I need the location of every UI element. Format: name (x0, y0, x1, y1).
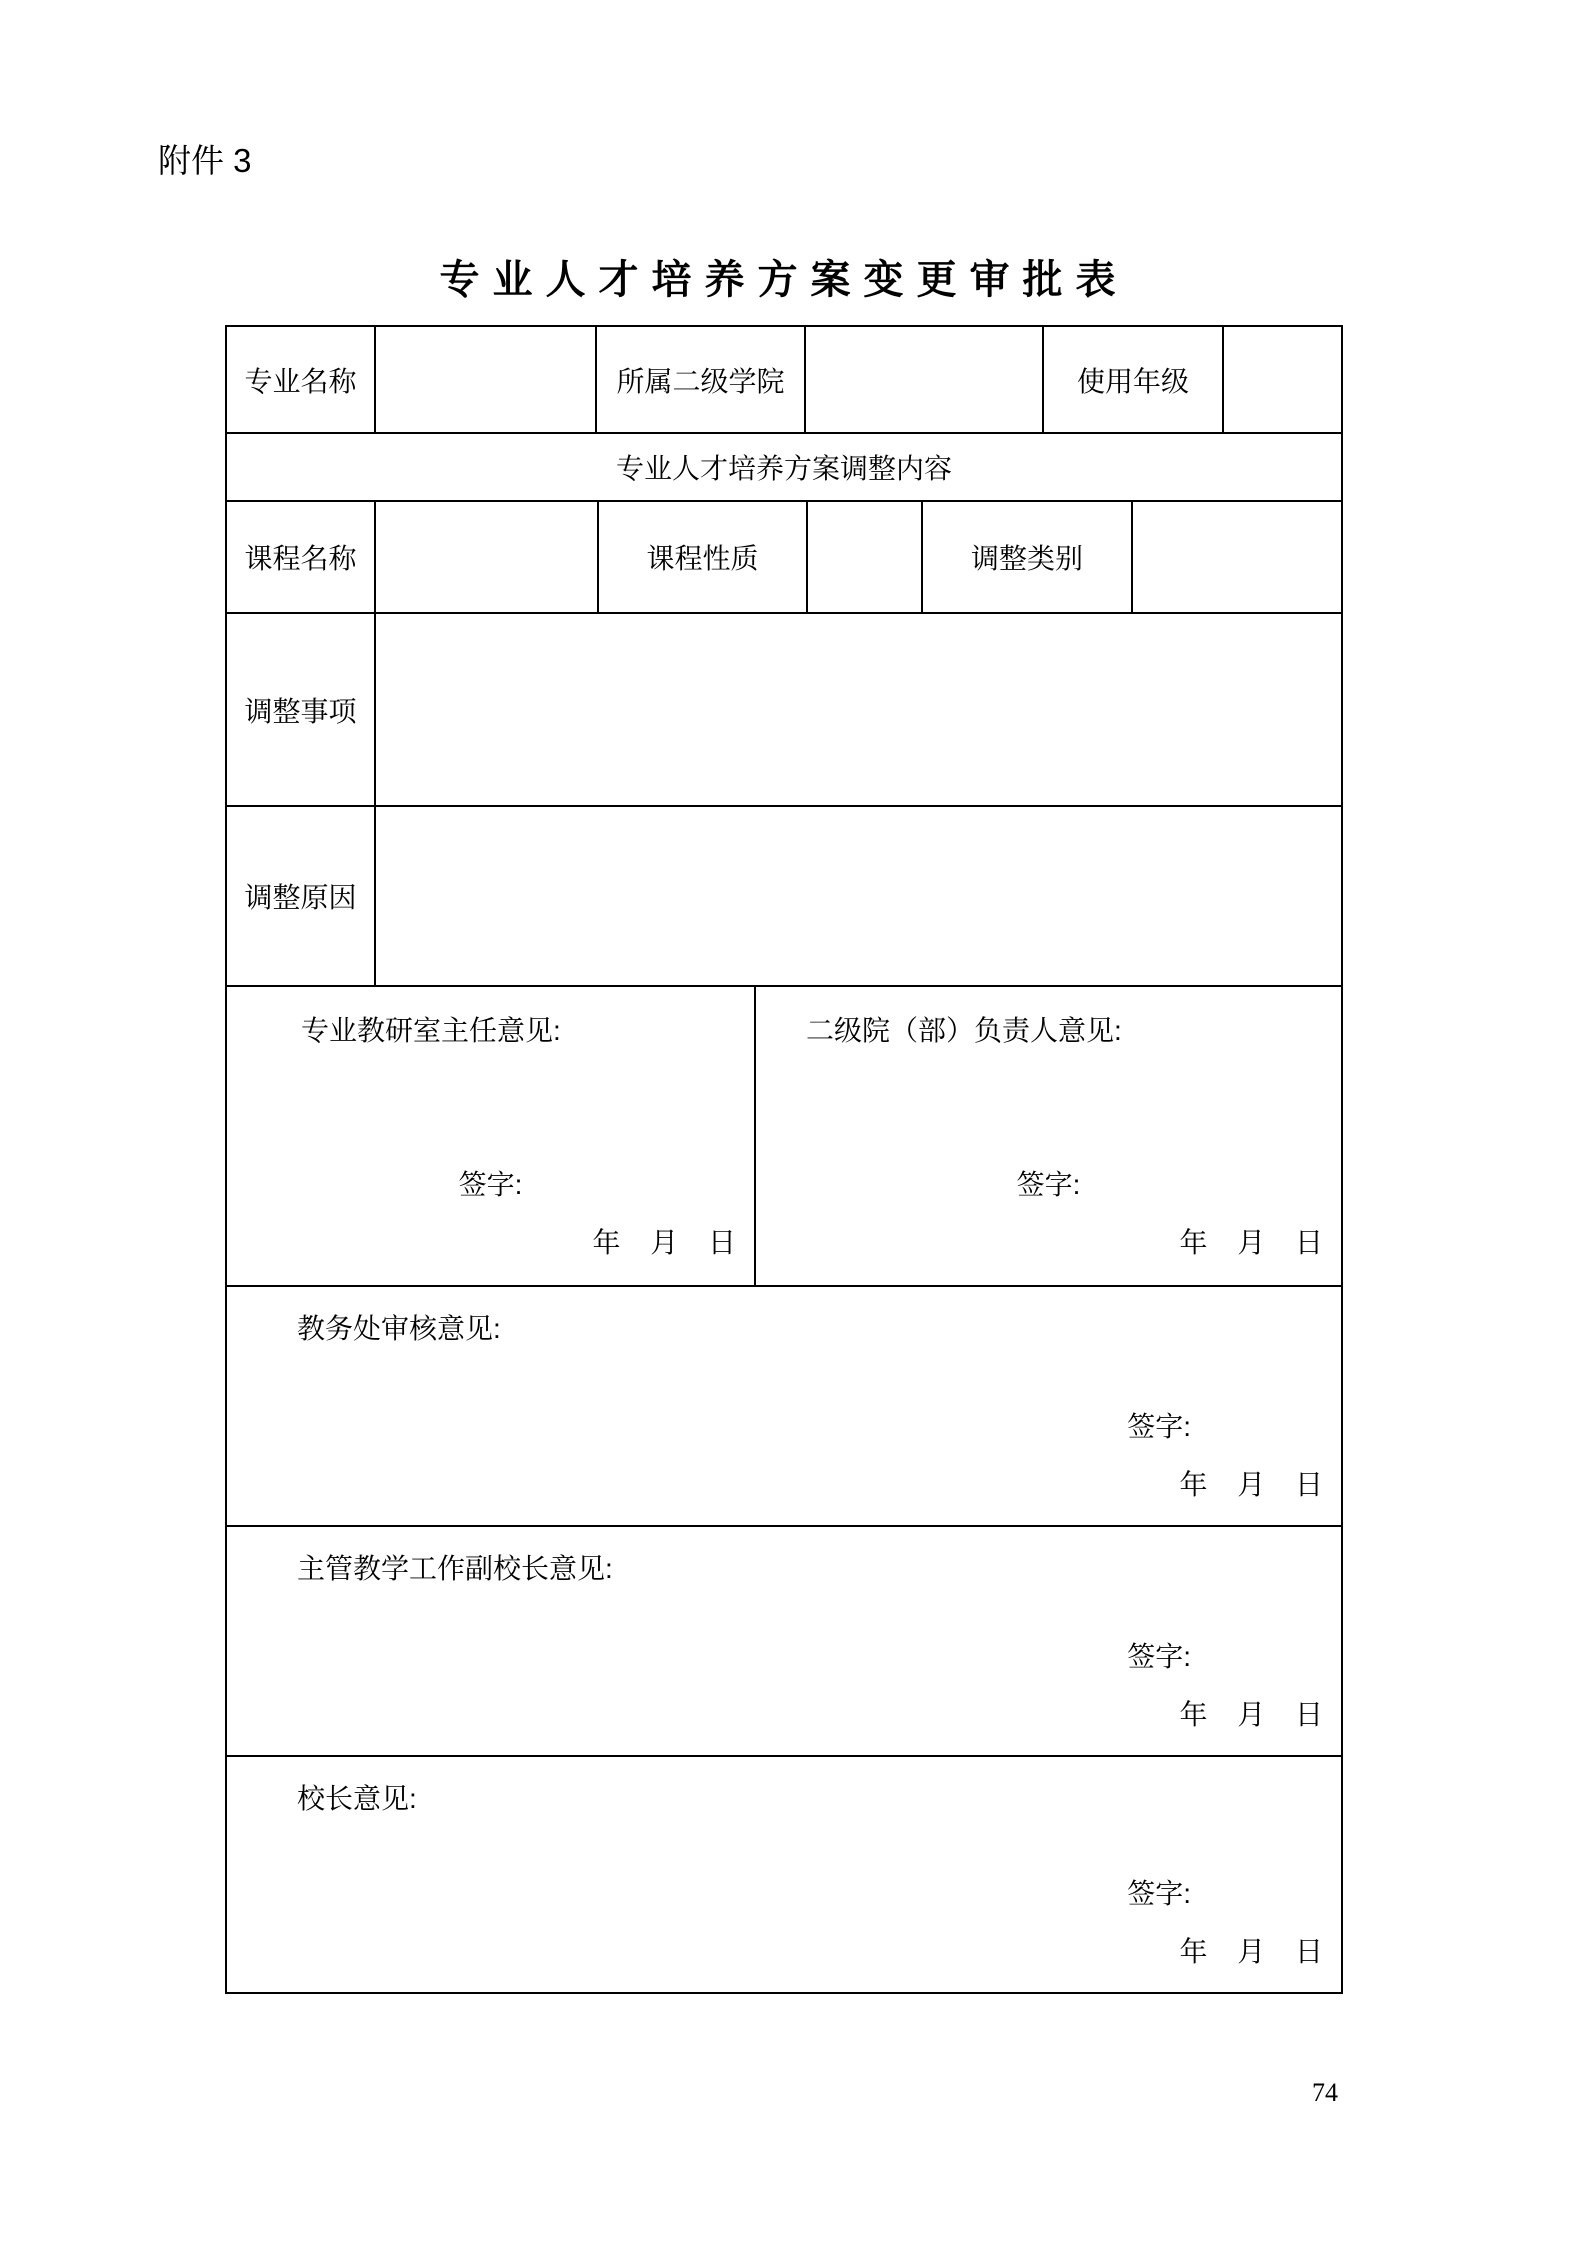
form-title: 专业人才培养方案变更审批表 (225, 248, 1343, 305)
approval-form-table: 专业名称 所属二级学院 使用年级 专业人才培养方案调整内容 课程名称 课程性质 … (225, 325, 1343, 1994)
vice-president-date-label: 年 月 日 (227, 1693, 1341, 1733)
vice-president-sign-label: 签字: (227, 1635, 1341, 1675)
college-head-opinion-cell[interactable]: 二级院（部）负责人意见: 签字: 年 月 日 (756, 987, 1341, 1285)
college-head-opinion-title: 二级院（部）负责人意见: (756, 1009, 1341, 1049)
page-number: 74 (1312, 2078, 1338, 2108)
college-field[interactable] (806, 327, 1044, 432)
dept-head-opinion-title: 专业教研室主任意见: (227, 1009, 754, 1049)
row-president-opinion[interactable]: 校长意见: 签字: 年 月 日 (227, 1757, 1341, 1992)
adjust-reason-field[interactable] (376, 807, 1341, 985)
president-sign-label: 签字: (227, 1872, 1341, 1912)
dept-head-opinion-cell[interactable]: 专业教研室主任意见: 签字: 年 月 日 (227, 987, 756, 1285)
row-vice-president-opinion[interactable]: 主管教学工作副校长意见: 签字: 年 月 日 (227, 1527, 1341, 1757)
college-head-date-label: 年 月 日 (756, 1221, 1341, 1261)
dept-head-date-label: 年 月 日 (227, 1221, 754, 1261)
major-name-field[interactable] (376, 327, 597, 432)
academic-office-sign-label: 签字: (227, 1405, 1341, 1445)
row-section-header: 专业人才培养方案调整内容 (227, 434, 1341, 502)
college-head-sign-label: 签字: (756, 1163, 1341, 1203)
adjust-category-field[interactable] (1133, 502, 1341, 612)
academic-office-date-label: 年 月 日 (227, 1463, 1341, 1503)
major-name-label: 专业名称 (227, 327, 376, 432)
adjust-category-label: 调整类别 (923, 502, 1133, 612)
vice-president-opinion-title: 主管教学工作副校长意见: (227, 1547, 1341, 1587)
adjust-item-label: 调整事项 (227, 614, 376, 805)
course-name-field[interactable] (376, 502, 599, 612)
academic-office-opinion-title: 教务处审核意见: (227, 1307, 1341, 1347)
college-label: 所属二级学院 (597, 327, 806, 432)
row-course-info: 课程名称 课程性质 调整类别 (227, 502, 1341, 614)
grade-label: 使用年级 (1044, 327, 1224, 432)
course-type-field[interactable] (808, 502, 923, 612)
row-academic-office-opinion[interactable]: 教务处审核意见: 签字: 年 月 日 (227, 1287, 1341, 1527)
course-type-label: 课程性质 (599, 502, 808, 612)
dept-head-sign-label: 签字: (227, 1163, 754, 1203)
document-page: 附件 3 专业人才培养方案变更审批表 专业名称 所属二级学院 使用年级 专业人才… (0, 0, 1587, 2245)
row-adjust-item: 调整事项 (227, 614, 1341, 807)
course-name-label: 课程名称 (227, 502, 376, 612)
president-opinion-title: 校长意见: (227, 1777, 1341, 1817)
row-basic-info: 专业名称 所属二级学院 使用年级 (227, 327, 1341, 434)
attachment-label: 附件 3 (158, 135, 252, 182)
president-date-label: 年 月 日 (227, 1930, 1341, 1970)
row-adjust-reason: 调整原因 (227, 807, 1341, 987)
row-opinion-pair: 专业教研室主任意见: 签字: 年 月 日 二级院（部）负责人意见: 签字: 年 … (227, 987, 1341, 1287)
adjust-item-field[interactable] (376, 614, 1341, 805)
grade-field[interactable] (1224, 327, 1341, 432)
adjust-reason-label: 调整原因 (227, 807, 376, 985)
section-header-label: 专业人才培养方案调整内容 (227, 434, 1341, 500)
